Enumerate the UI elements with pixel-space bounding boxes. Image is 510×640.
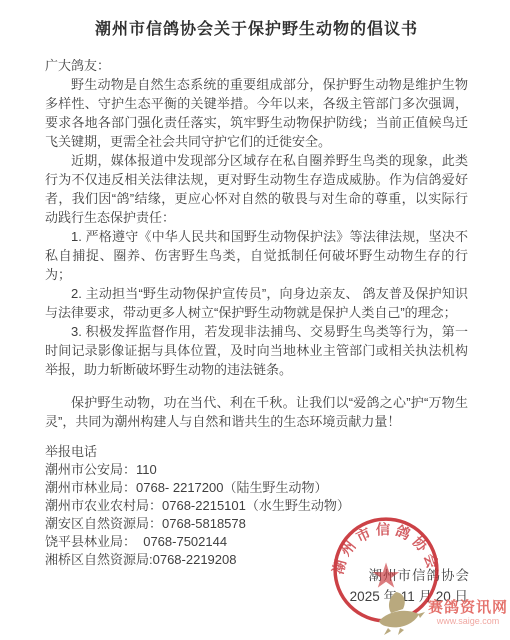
pigeon-logo-icon bbox=[374, 590, 426, 636]
hotline-chaoan: 潮安区自然资源局：0768-5818578 bbox=[45, 515, 468, 533]
paragraph-intro: 野生动物是自然生态系统的重要组成部分，保护野生动物是维护生物多样性、守护生态平衡… bbox=[45, 75, 468, 151]
list-item-3: 3. 积极发挥监督作用，若发现非法捕鸟、交易野生鸟类等行为，第一时间记录影像证据… bbox=[45, 322, 468, 379]
paragraph-context: 近期，媒体报道中发现部分区域存在私自圈养野生鸟类的现象，此类行为不仅违反相关法律… bbox=[45, 151, 468, 227]
watermark-site-name: 赛鸽资讯网 bbox=[428, 599, 508, 616]
salutation: 广大鸽友： bbox=[45, 56, 468, 75]
hotline-forestry: 潮州市林业局：0768- 2217200（陆生野生动物） bbox=[45, 479, 468, 497]
signature-organization: 潮州市信鸽协会 bbox=[369, 564, 471, 584]
document-page: 潮州市信鸽协会关于保护野生动物的倡议书 广大鸽友： 野生动物是自然生态系统的重要… bbox=[0, 0, 510, 640]
hotline-raoping: 饶平县林业局： 0768-7502144 bbox=[45, 533, 468, 551]
watermark-site-url: www.saige.com bbox=[437, 616, 500, 627]
document-content: 潮州市信鸽协会关于保护野生动物的倡议书 广大鸽友： 野生动物是自然生态系统的重要… bbox=[0, 0, 510, 569]
hotline-section: 举报电话 潮州市公安局：110 潮州市林业局：0768- 2217200（陆生野… bbox=[45, 443, 468, 569]
hotline-police: 潮州市公安局：110 bbox=[45, 461, 468, 479]
watermark: 赛鸽资讯网 www.saige.com bbox=[374, 590, 508, 636]
document-title: 潮州市信鸽协会关于保护野生动物的倡议书 bbox=[45, 10, 468, 42]
list-item-1: 1. 严格遵守《中华人民共和国野生动物保护法》等法律法规，坚决不私自捕捉、圈养、… bbox=[45, 227, 468, 284]
watermark-texts: 赛鸽资讯网 www.saige.com bbox=[428, 599, 508, 627]
paragraph-closing: 保护野生动物，功在当代、利在千秋。让我们以“爱鸽之心”护“万物生灵”，共同为潮州… bbox=[45, 393, 468, 431]
list-item-2: 2. 主动担当“野生动物保护宣传员”，向身边亲友、 鸽友普及保护知识与法律要求，… bbox=[45, 284, 468, 322]
hotline-heading: 举报电话 bbox=[45, 443, 468, 461]
hotline-agriculture: 潮州市农业农村局：0768-2215101（水生野生动物） bbox=[45, 497, 468, 515]
